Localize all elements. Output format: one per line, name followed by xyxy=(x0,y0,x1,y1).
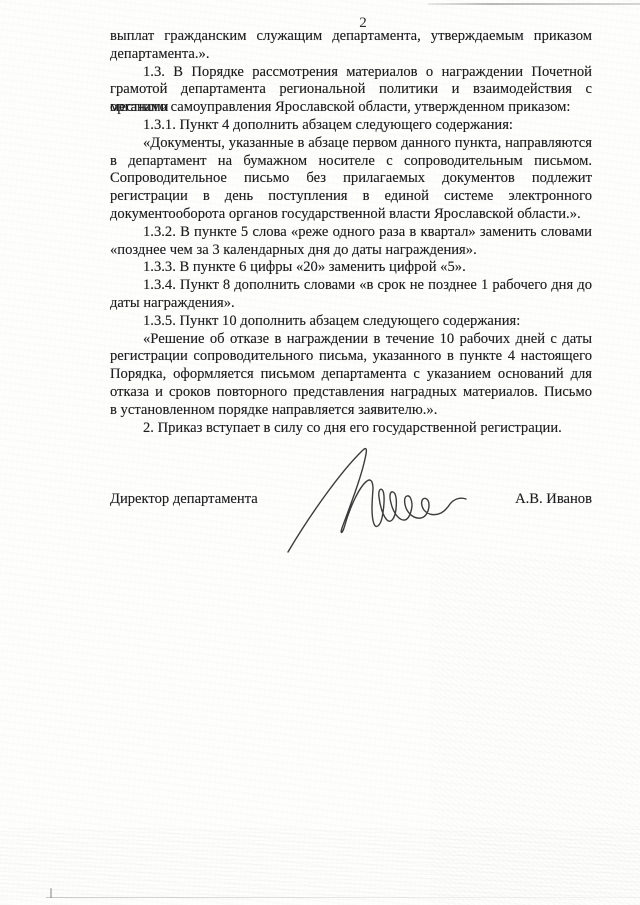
paragraph: 1.3.5. Пункт 10 дополнить абзацем следую… xyxy=(110,313,592,331)
scan-artifact-bottom-line xyxy=(46,897,640,898)
text-line: в установленном порядке направляется зая… xyxy=(110,402,592,420)
text-line: местного самоуправления Ярославской обла… xyxy=(110,99,592,117)
text-line: 2. Приказ вступает в силу со дня его гос… xyxy=(110,420,592,438)
text-line: Сопроводительное письмо без прилагаемых … xyxy=(110,170,592,188)
scanned-page: 2 выплат гражданским служащим департамен… xyxy=(0,0,640,905)
text-line: отказа и сроков повторного представления… xyxy=(110,384,592,402)
text-line: 1.3.1. Пункт 4 дополнить абзацем следующ… xyxy=(110,117,592,135)
text-line: 1.3.4. Пункт 8 дополнить словами «в срок… xyxy=(110,277,592,295)
text-line: «позднее чем за 3 календарных дня до дат… xyxy=(110,242,592,260)
text-line: в департамент на бумажном носителе с соп… xyxy=(110,153,592,171)
paragraph: 1.3. В Порядке рассмотрения материалов о… xyxy=(110,64,592,117)
text-line: даты награждения». xyxy=(110,295,592,313)
scan-grain-bottom xyxy=(0,828,640,900)
text-line: выплат гражданским служащим департамента… xyxy=(110,28,592,46)
text-line: документооборота органов государственной… xyxy=(110,206,592,224)
text-line: регистрации сопроводительного письма, ук… xyxy=(110,348,592,366)
paragraph: 1.3.3. В пункте 6 цифры «20» заменить ци… xyxy=(110,259,592,277)
paragraph: 1.3.1. Пункт 4 дополнить абзацем следующ… xyxy=(110,117,592,135)
text-line: департамента.». xyxy=(110,46,592,64)
paragraph: 1.3.4. Пункт 8 дополнить словами «в срок… xyxy=(110,277,592,313)
text-line: регистрации в день поступления в единой … xyxy=(110,188,592,206)
text-line: «Решение об отказе в награждении в течен… xyxy=(110,331,592,349)
paragraph: выплат гражданским служащим департамента… xyxy=(110,28,592,64)
scan-artifact-top-line xyxy=(428,3,640,5)
text-line: 1.3.5. Пункт 10 дополнить абзацем следую… xyxy=(110,313,592,331)
document-body: выплат гражданским служащим департамента… xyxy=(110,28,592,437)
paragraph: 2. Приказ вступает в силу со дня его гос… xyxy=(110,420,592,438)
signatory-title: Директор департамента xyxy=(110,490,258,508)
text-line: грамотой департамента региональной полит… xyxy=(110,81,592,99)
paragraph: «Решение об отказе в награждении в течен… xyxy=(110,331,592,420)
paragraph: «Документы, указанные в абзаце первом да… xyxy=(110,135,592,224)
paragraph: 1.3.2. В пункте 5 слова «реже одного раз… xyxy=(110,224,592,260)
handwritten-signature-icon xyxy=(278,444,478,562)
scan-artifact-tick xyxy=(50,888,52,898)
text-line: 1.3. В Порядке рассмотрения материалов о… xyxy=(110,64,592,82)
text-line: 1.3.3. В пункте 6 цифры «20» заменить ци… xyxy=(110,259,592,277)
text-line: «Документы, указанные в абзаце первом да… xyxy=(110,135,592,153)
text-line: Порядка, оформляется письмом департамент… xyxy=(110,366,592,384)
scan-grain-right xyxy=(430,555,640,905)
signatory-name: А.В. Иванов xyxy=(515,490,592,508)
text-line: 1.3.2. В пункте 5 слова «реже одного раз… xyxy=(110,224,592,242)
